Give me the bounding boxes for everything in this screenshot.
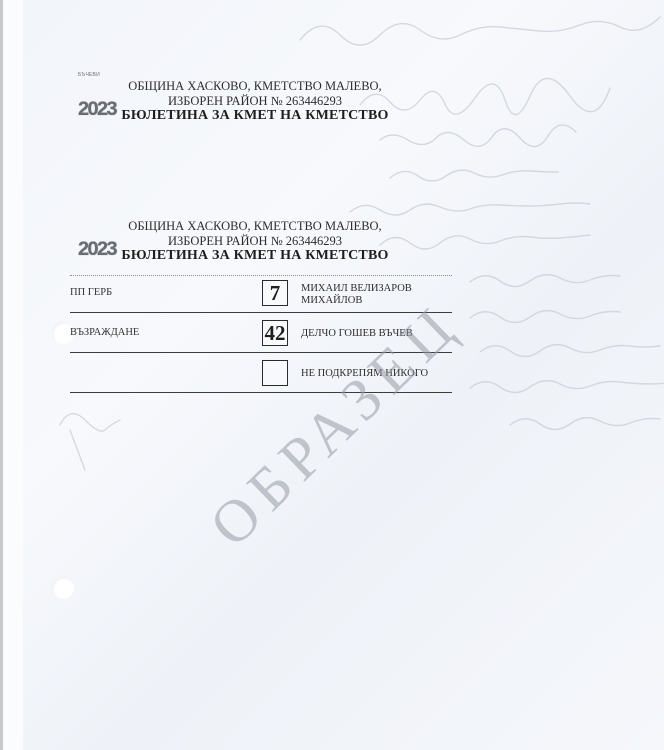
vote-box-none[interactable] [262, 360, 288, 386]
ballot-row: НЕ ПОДКРЕПЯМ НИКОГО [70, 355, 452, 395]
ballot-row: ВЪЗРАЖДАНЕ 42 ДЕЛЧО ГОШЕВ ВЪЧЕВ [70, 315, 452, 355]
candidate-name-line1: ДЕЛЧО ГОШЕВ ВЪЧЕВ [301, 328, 413, 340]
none-option-text: НЕ ПОДКРЕПЯМ НИКОГО [301, 368, 428, 380]
candidate-name-line1: МИХАИЛ ВЕЛИЗАРОВ [301, 283, 412, 295]
none-option-label: НЕ ПОДКРЕПЯМ НИКОГО [301, 368, 428, 380]
print-code: БЪЧЕВИ [78, 72, 100, 78]
candidate-name: МИХАИЛ ВЕЛИЗАРОВ МИХАЙЛОВ [301, 283, 412, 307]
row-divider [70, 312, 452, 313]
ballot-title: БЮЛЕТИНА ЗА КМЕТ НА КМЕТСТВО [60, 248, 450, 264]
municipality-label: ОБЩИНА ХАСКОВО, КМЕТСТВО МАЛЕВО, [60, 219, 450, 234]
party-name: ВЪЗРАЖДАНЕ [70, 327, 139, 338]
ballot-title: БЮЛЕТИНА ЗА КМЕТ НА КМЕТСТВО [60, 108, 450, 124]
ballot-row: ПП ГЕРБ 7 МИХАИЛ ВЕЛИЗАРОВ МИХАЙЛОВ [70, 275, 452, 315]
vote-box[interactable]: 42 [262, 320, 288, 346]
municipality-label: ОБЩИНА ХАСКОВО, КМЕТСТВО МАЛЕВО, [60, 79, 450, 94]
district-label: ИЗБОРЕН РАЙОН № 263446293 [60, 94, 450, 109]
vote-box[interactable]: 7 [262, 280, 288, 306]
row-divider [70, 352, 452, 353]
scan-margin [3, 0, 23, 750]
candidate-name-line2: МИХАЙЛОВ [301, 295, 412, 307]
row-divider [70, 392, 452, 393]
punch-hole-lower [52, 577, 74, 599]
candidate-name: ДЕЛЧО ГОШЕВ ВЪЧЕВ [301, 328, 413, 340]
party-name: ПП ГЕРБ [70, 287, 112, 298]
district-label: ИЗБОРЕН РАЙОН № 263446293 [60, 234, 450, 249]
